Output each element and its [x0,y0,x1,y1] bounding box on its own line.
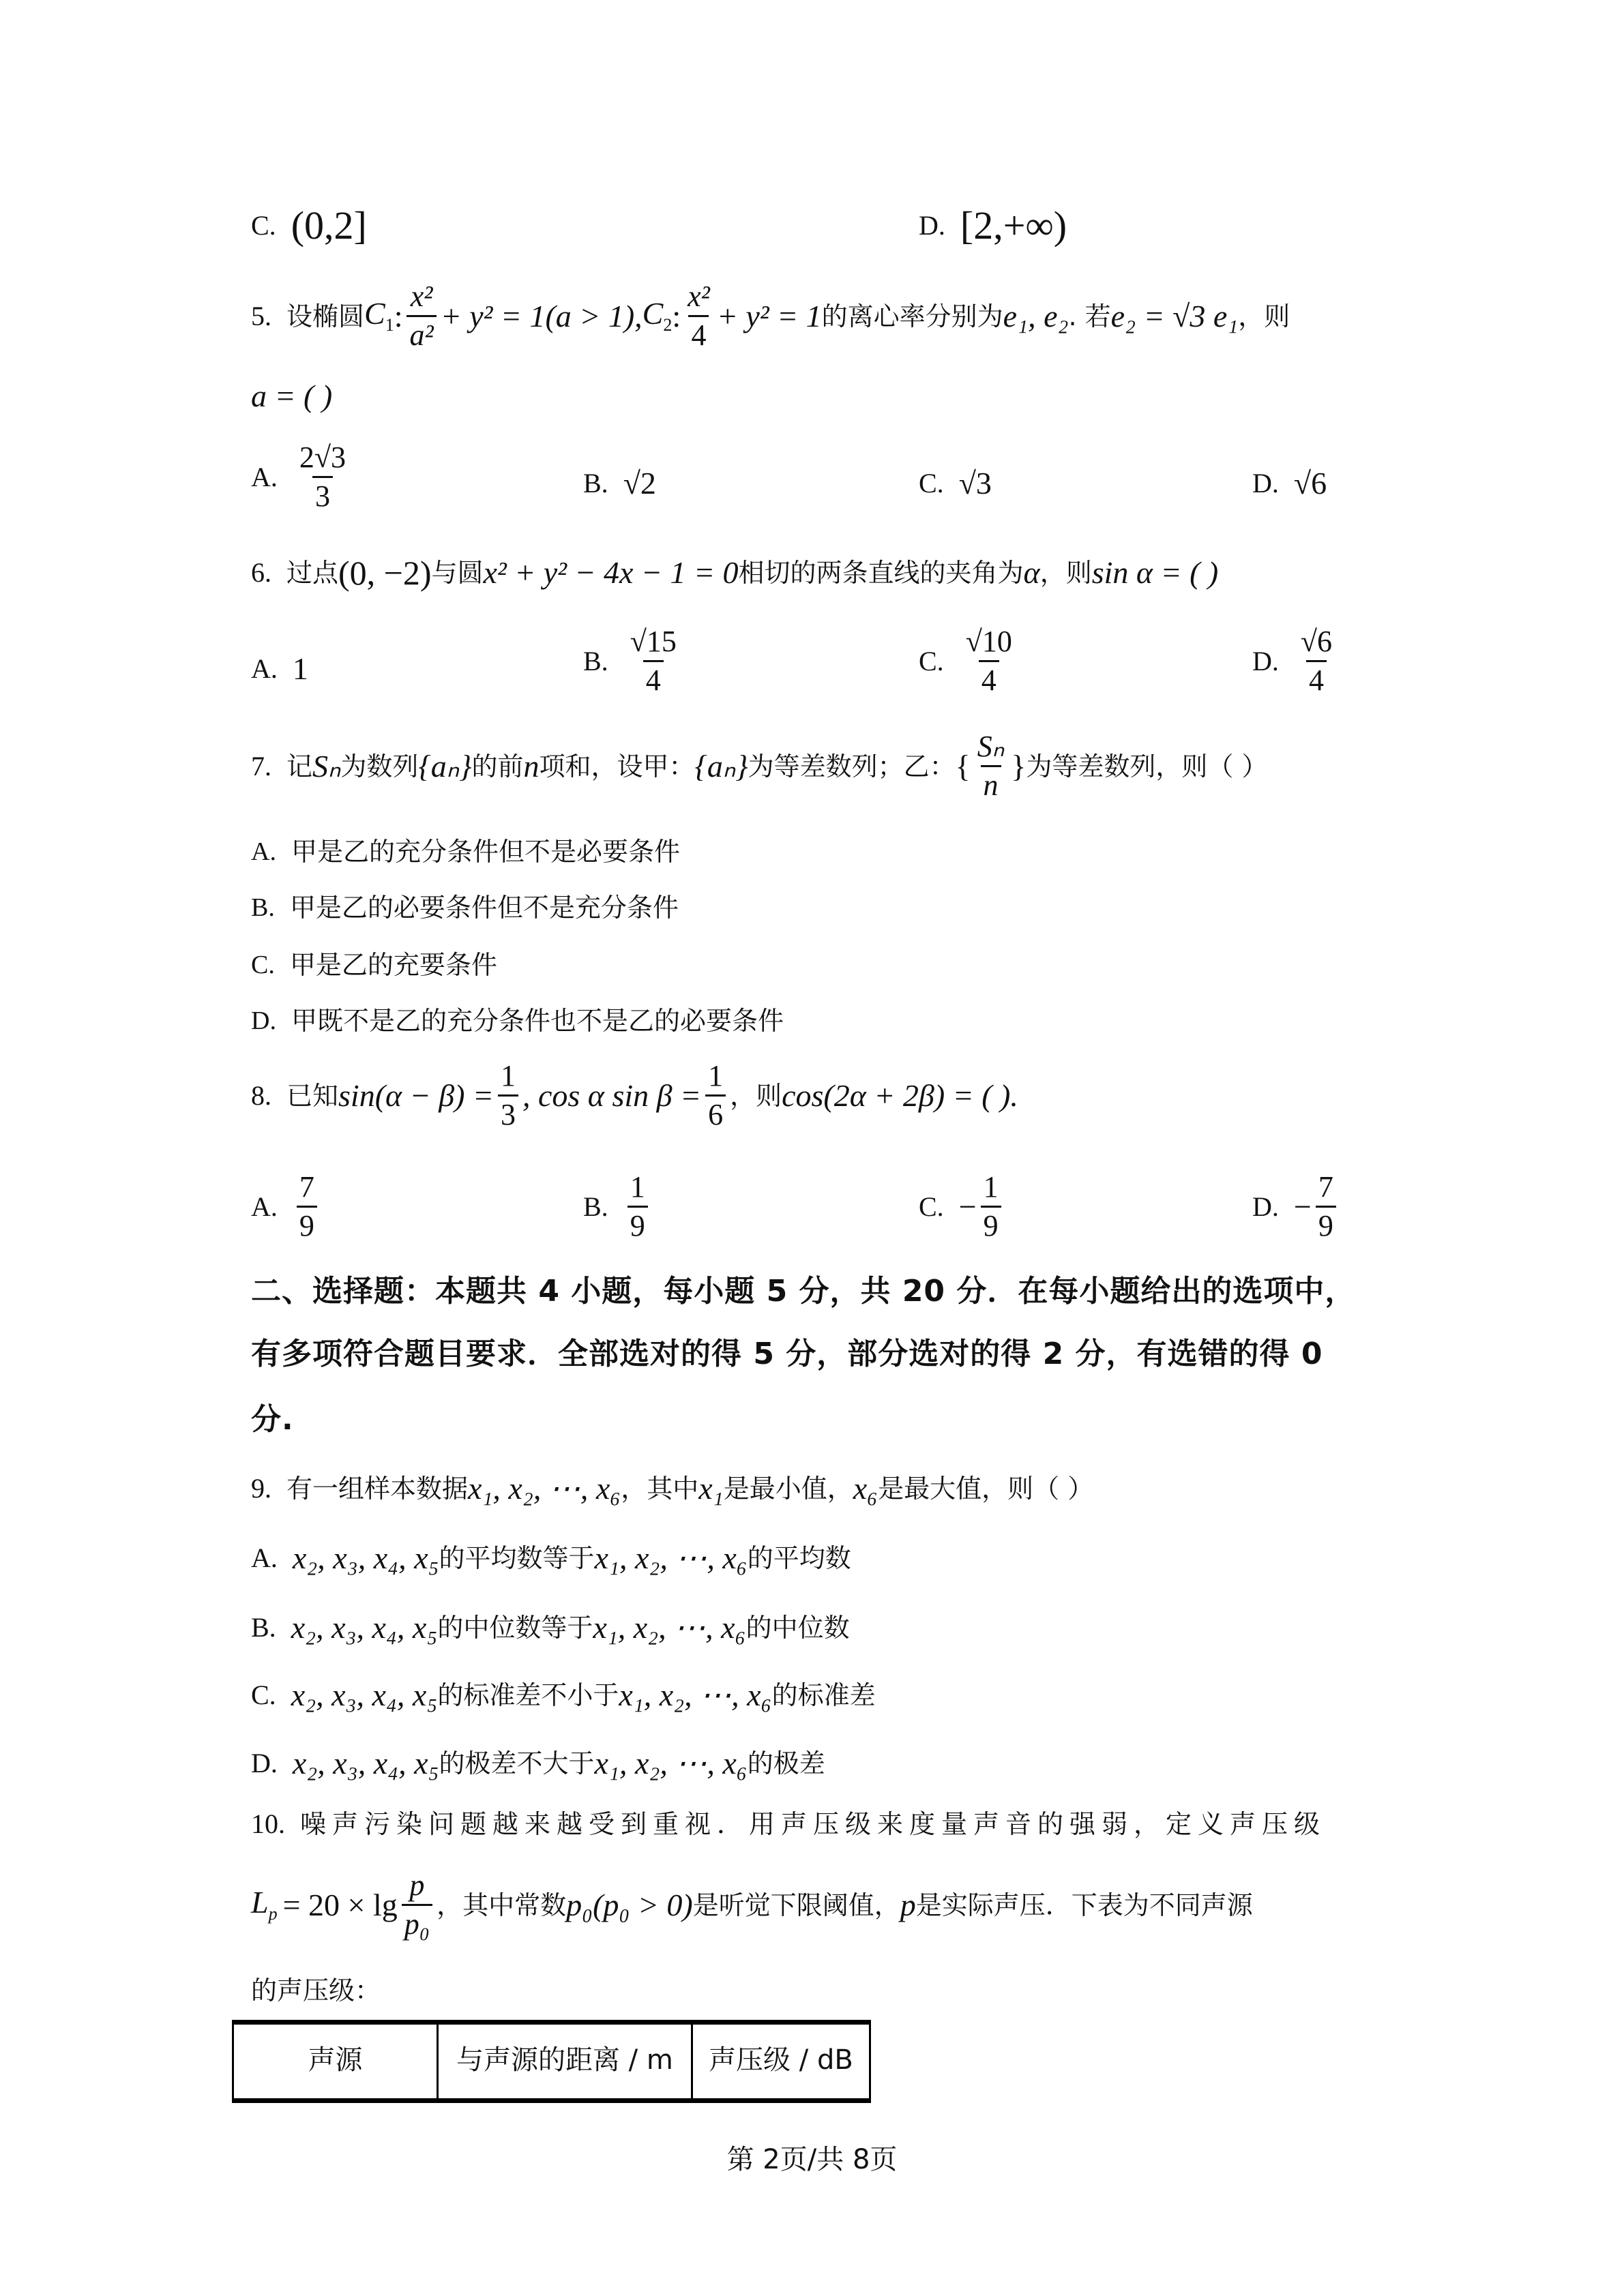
question-5-blank: a = ( ) [251,381,332,412]
fraction: 19 [981,1172,1001,1242]
q8-option-c: C. − 19 [919,1172,1005,1242]
table-header-row: 声源 与声源的距离 / m 声压级 / dB [233,2023,870,2101]
option-text: 甲是乙的必要条件但不是充分条件 [290,895,679,921]
circle-equation: x² + y² − 4x − 1 = 0 [484,557,739,588]
equation-part: + y² = 1(a > 1), [441,301,643,332]
fraction: 79 [1316,1172,1336,1242]
question-9-stem: 9. 有一组样本数据 x₁, x₂, ⋯, x₆ ，其中 x₁ 是最小值， x₆… [251,1473,1093,1504]
option-text: 的极差 [748,1750,825,1776]
section-2-heading-line1: 二、选择题：本题共 4 小题，每小题 5 分，共 20 分．在每小题给出的选项中… [251,1277,1355,1307]
fraction-x2-4: x²4 [685,281,713,351]
option-text: 的中位数 [746,1615,850,1641]
cos-ask-expr: cos(2α + 2β) = ( ). [782,1080,1018,1112]
vars: x₂, x₃, x₄, x₅ [291,1680,438,1711]
stem-text: 是最小值， [724,1476,853,1502]
header-source: 声源 [233,2023,438,2101]
question-7-stem: 7. 记 Sₙ 为数列 {aₙ} 的前 n 项和，设甲： {aₙ} 为等差数列；… [251,731,1267,801]
question-6-stem: 6. 过点 (0, −2) 与圆 x² + y² − 4x − 1 = 0 相切… [251,556,1218,590]
question-number: 6. [251,559,271,586]
q7-option-a: A. 甲是乙的充分条件但不是必要条件 [251,839,680,865]
header-level: 声压级 / dB [692,2023,870,2101]
q9-option-d: D. x₂, x₃, x₄, x₅ 的极差不大于 x₁, x₂, ⋯, x₆ 的… [251,1748,825,1779]
q5-option-d: D. √6 [1252,468,1327,499]
ask-expr: sin α = ( ) [1092,557,1219,588]
fraction-x2-a2: x²a² [407,281,436,351]
stem-text: ，则 [730,1083,782,1109]
sign: − [1294,1191,1312,1223]
question-10-line3: 的声压级： [251,1978,381,2003]
option-text: 的平均数等于 [439,1545,595,1571]
option-label: D. [251,1750,278,1777]
q6-option-a: A. 1 [251,653,308,685]
q6-option-d: D. √64 [1252,626,1339,696]
section-2-heading-line2: 有多项符合题目要求．全部选对的得 5 分，部分选对的得 2 分，有选错的得 0 [251,1339,1323,1369]
stem-text: ，则 [1040,560,1092,586]
option-text: 的中位数等于 [437,1615,593,1641]
question-number: 9. [251,1475,271,1502]
formula-part: = 20 × lg [283,1890,398,1921]
question-5-stem: 5. 设椭圆 C1 : x²a² + y² = 1(a > 1), C2 : x… [251,281,1290,351]
an-sequence: {aₙ} [418,751,471,782]
option-label: D. [1252,470,1279,497]
vars: x₂, x₃, x₄, x₅ [293,1748,439,1779]
option-label: D. [1252,648,1279,675]
fraction: √154 [628,626,679,696]
question-10-formula-line: Lp = 20 × lg pp₀ ，其中常数 p₀ (p₀ > 0) 是听觉下限… [251,1870,1253,1940]
cos-sin-expr: , cos α sin β = [522,1080,701,1112]
p0-symbol: p₀ [566,1890,593,1921]
condition-expr: e₂ = √3 e₁ [1111,301,1239,332]
option-value: (0,2] [291,206,367,245]
option-text: 的平均数 [748,1545,851,1571]
stem-text: ，其中常数 [437,1892,566,1918]
option-label: A. [251,464,278,491]
q9-option-a: A. x₂, x₃, x₄, x₅ 的平均数等于 x₁, x₂, ⋯, x₆ 的… [251,1542,851,1574]
option-text: 甲是乙的充分条件但不是必要条件 [291,839,680,865]
alpha-symbol: α [1024,557,1040,588]
option-label: B. [251,1614,276,1641]
sample-data: x₁, x₂, ⋯, x₆ [468,1473,621,1504]
sound-level-table: 声源 与声源的距离 / m 声压级 / dB [232,2020,871,2103]
option-label: B. [583,470,608,497]
q6-option-c: C. √104 [919,626,1019,696]
q7-option-b: B. 甲是乙的必要条件但不是充分条件 [251,895,679,921]
stem-text: ，其中 [621,1476,698,1502]
stem-text: 是最大值，则（ ） [878,1476,1093,1502]
q9-option-b: B. x₂, x₃, x₄, x₅ 的中位数等于 x₁, x₂, ⋯, x₆ 的… [251,1612,850,1643]
fraction: 19 [628,1172,648,1242]
stem-text: 设椭圆 [286,303,364,329]
option-value: √2 [623,468,656,499]
stem-text: ，则 [1238,303,1290,329]
page-footer: 第 2页/共 8页 [0,2138,1624,2177]
section-2-heading-line3: 分. [251,1405,294,1435]
eccentricity-vars: e₁, e₂ [1003,301,1069,332]
p0-condition: (p₀ > 0) [593,1890,693,1921]
option-label: D. [919,212,945,239]
option-label: A. [251,655,278,683]
fraction-1-3: 13 [498,1060,518,1131]
equation-part: + y² = 1 [717,301,822,332]
option-label: D. [1252,1193,1279,1221]
option-label: B. [583,648,608,675]
q8-option-a: A. 79 [251,1172,321,1242]
c1-symbol: C1 [364,298,394,334]
option-value: [2,+∞) [960,206,1067,245]
c2-symbol: C2 [643,298,673,334]
fraction: √64 [1298,626,1335,696]
sign: − [959,1191,977,1223]
stem-text: 过点 [286,560,338,586]
option-label: B. [583,1193,608,1221]
question-number: 10. [251,1810,285,1838]
q5-option-a: A. 2√33 [251,442,353,512]
vars: x₂, x₃, x₄, x₅ [291,1612,438,1643]
option-text: 甲是乙的充要条件 [290,952,497,978]
sin-expr: sin(α − β) = [338,1080,494,1112]
fraction: 79 [297,1172,317,1242]
question-number: 7. [251,753,271,780]
option-label: B. [251,895,275,921]
q8-option-d: D. − 79 [1252,1172,1340,1242]
vars: x₁, x₂, ⋯, x₆ [595,1542,748,1574]
option-text: 的标准差不小于 [437,1682,619,1708]
colon: : [672,301,681,332]
fraction: 2√33 [297,442,349,512]
vars: x₂, x₃, x₄, x₅ [293,1542,439,1574]
stem-text: 是实际声压．下表为不同声源 [916,1892,1253,1918]
option-value: √6 [1294,468,1327,499]
option-label: A. [251,1545,278,1572]
q7-option-d: D. 甲既不是乙的充分条件也不是乙的必要条件 [251,1008,784,1034]
q4-option-d: D. [2,+∞) [919,206,1067,245]
stem-text: 为数列 [340,754,418,779]
option-text: 的标准差 [772,1682,876,1708]
vars: x₁, x₂, ⋯, x₆ [595,1748,748,1779]
lp-symbol: Lp [251,1887,278,1923]
option-label: C. [251,212,276,239]
stem-text: 是听觉下限阈值， [693,1892,900,1918]
fraction-p-p0: pp₀ [402,1870,432,1940]
question-8-stem: 8. 已知 sin(α − β) = 13 , cos α sin β = 16… [251,1060,1018,1131]
vars: x₁, x₂, ⋯, x₆ [619,1680,771,1711]
q4-option-c: C. (0,2] [251,206,367,245]
fraction: √104 [963,626,1015,696]
option-label: C. [919,1193,944,1221]
stem-text: 相切的两条直线的夹角为 [739,560,1024,586]
header-distance: 与声源的距离 / m [437,2023,692,2101]
point-expr: (0, −2) [338,556,432,590]
option-text: 的极差不大于 [439,1750,595,1776]
stem-text: 有一组样本数据 [286,1476,468,1502]
question-10-line1: 10. 噪声污染问题越来越受到重视．用声压级来度量声音的强弱，定义声压级 [251,1810,1326,1838]
stem-text: 项和，设甲： [540,754,695,779]
fraction-1-6: 16 [705,1060,726,1131]
p-symbol: p [900,1890,916,1921]
stem-text: 的离心率分别为 [822,303,1003,329]
option-label: A. [251,839,276,865]
stem-text: 记 [286,754,312,779]
stem-text: 为等差数列，则（ ） [1026,754,1267,779]
an-sequence: {aₙ} [695,751,748,782]
option-label: C. [251,1682,276,1709]
option-label: A. [251,1193,278,1221]
colon: : [394,301,403,332]
vars: x₁, x₂, ⋯, x₆ [593,1612,745,1643]
x6-symbol: x₆ [853,1473,878,1504]
option-label: D. [251,1008,276,1034]
q5-option-b: B. √2 [583,468,656,499]
x1-symbol: x₁ [698,1473,723,1504]
q8-option-b: B. 19 [583,1172,652,1242]
stem-text: 与圆 [432,560,484,586]
sn-symbol: Sₙ [312,751,340,782]
question-number: 5. [251,303,271,330]
stem-text: 噪声污染问题越来越受到重视．用声压级来度量声音的强弱，定义声压级 [300,1811,1326,1837]
q6-option-b: B. √154 [583,626,683,696]
stem-text: 已知 [286,1083,338,1109]
stem-text: 为等差数列；乙： [748,754,956,779]
q9-option-c: C. x₂, x₃, x₄, x₅ 的标准差不小于 x₁, x₂, ⋯, x₆ … [251,1680,876,1711]
option-text: 甲既不是乙的充分条件也不是乙的必要条件 [291,1008,784,1034]
q5-option-c: C. √3 [919,468,992,499]
option-value: √3 [959,468,992,499]
n-symbol: n [524,751,540,782]
q7-option-c: C. 甲是乙的充要条件 [251,952,497,978]
question-number: 8. [251,1082,271,1109]
option-label: C. [919,648,944,675]
stem-text: . 若 [1069,303,1111,329]
option-value: 1 [293,653,308,685]
stem-text: 的前 [471,754,523,779]
option-label: C. [919,470,944,497]
fraction-sn-n: Sₙn [975,731,1007,801]
option-label: C. [251,952,275,978]
